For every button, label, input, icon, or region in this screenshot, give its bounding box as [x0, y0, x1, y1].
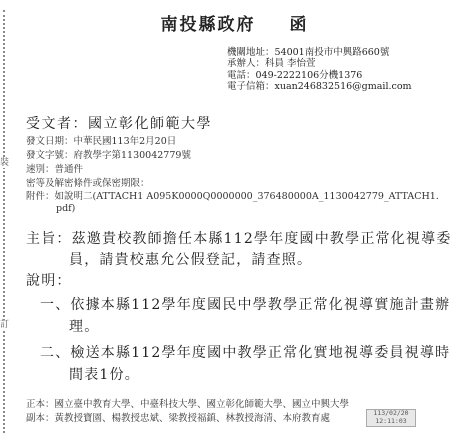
delivery-speed: 速別：普通件: [26, 163, 83, 176]
explanation-item-2-line-1: 二、檢送本縣112學年度國中教學正常化實地視導委員視導時: [40, 342, 450, 362]
margin-mark-bind: 裝: [0, 158, 9, 168]
sender-contact-person: 承辦人：科員 李怡萱: [227, 58, 316, 70]
receipt-timestamp-stamp: 113/02/20 12:11:03: [366, 409, 416, 427]
issue-date: 發文日期：中華民國113年2月20日: [26, 135, 176, 148]
title-organization: 南投縣政府: [161, 15, 256, 35]
title-doc-type: 函: [290, 15, 309, 35]
subject-line-1: 主旨：茲邀貴校教師擔任本縣112學年度國中教學正常化視導委: [26, 228, 452, 248]
margin-mark-staple: 訂: [0, 320, 9, 330]
attachment-line-1: 附件：如說明二(ATTACH1 A095K0000Q0000000_376480…: [26, 191, 439, 202]
explanation-item-1-line-1: 一、依據本縣112學年度國民中學教學正常化視導實施計畫辦: [40, 294, 450, 314]
explanation-item-2-line-2: 間表1份。: [69, 364, 140, 384]
sender-phone: 電話：049-2222106分機1376: [227, 70, 362, 82]
stamp-time: 12:11:03: [367, 418, 415, 426]
distribution-copy: 副本：黃教授寶園、楊教授忠斌、梁教授福鎮、林教授海清、本府教育處: [26, 410, 330, 424]
attachment-line-2: pdf): [26, 203, 456, 215]
binding-dotted-line: [3, 10, 5, 433]
attachment: 附件：如說明二(ATTACH1 A095K0000Q0000000_376480…: [26, 191, 456, 215]
document-number: 發文字號：府教學字第1130042779號: [26, 149, 191, 162]
sender-address: 機關地址：54001南投市中興路660號: [227, 47, 389, 59]
explanation-label: 說明：: [26, 270, 72, 290]
distribution-original: 正本：國立臺中教育大學、中臺科技大學、國立彰化師範大學、國立中興大學: [26, 396, 349, 410]
document-title: 南投縣政府函: [0, 10, 469, 35]
sender-email: 電子信箱：xuan246832516@gmail.com: [227, 81, 412, 93]
explanation-item-1-line-2: 理。: [69, 316, 99, 336]
subject-line-2: 員，請貴校惠允公假登記，請查照。: [69, 249, 312, 269]
recipient: 受文者：國立彰化師範大學: [26, 113, 212, 133]
confidentiality: 密等及解密條件或保密期限：: [26, 177, 150, 190]
